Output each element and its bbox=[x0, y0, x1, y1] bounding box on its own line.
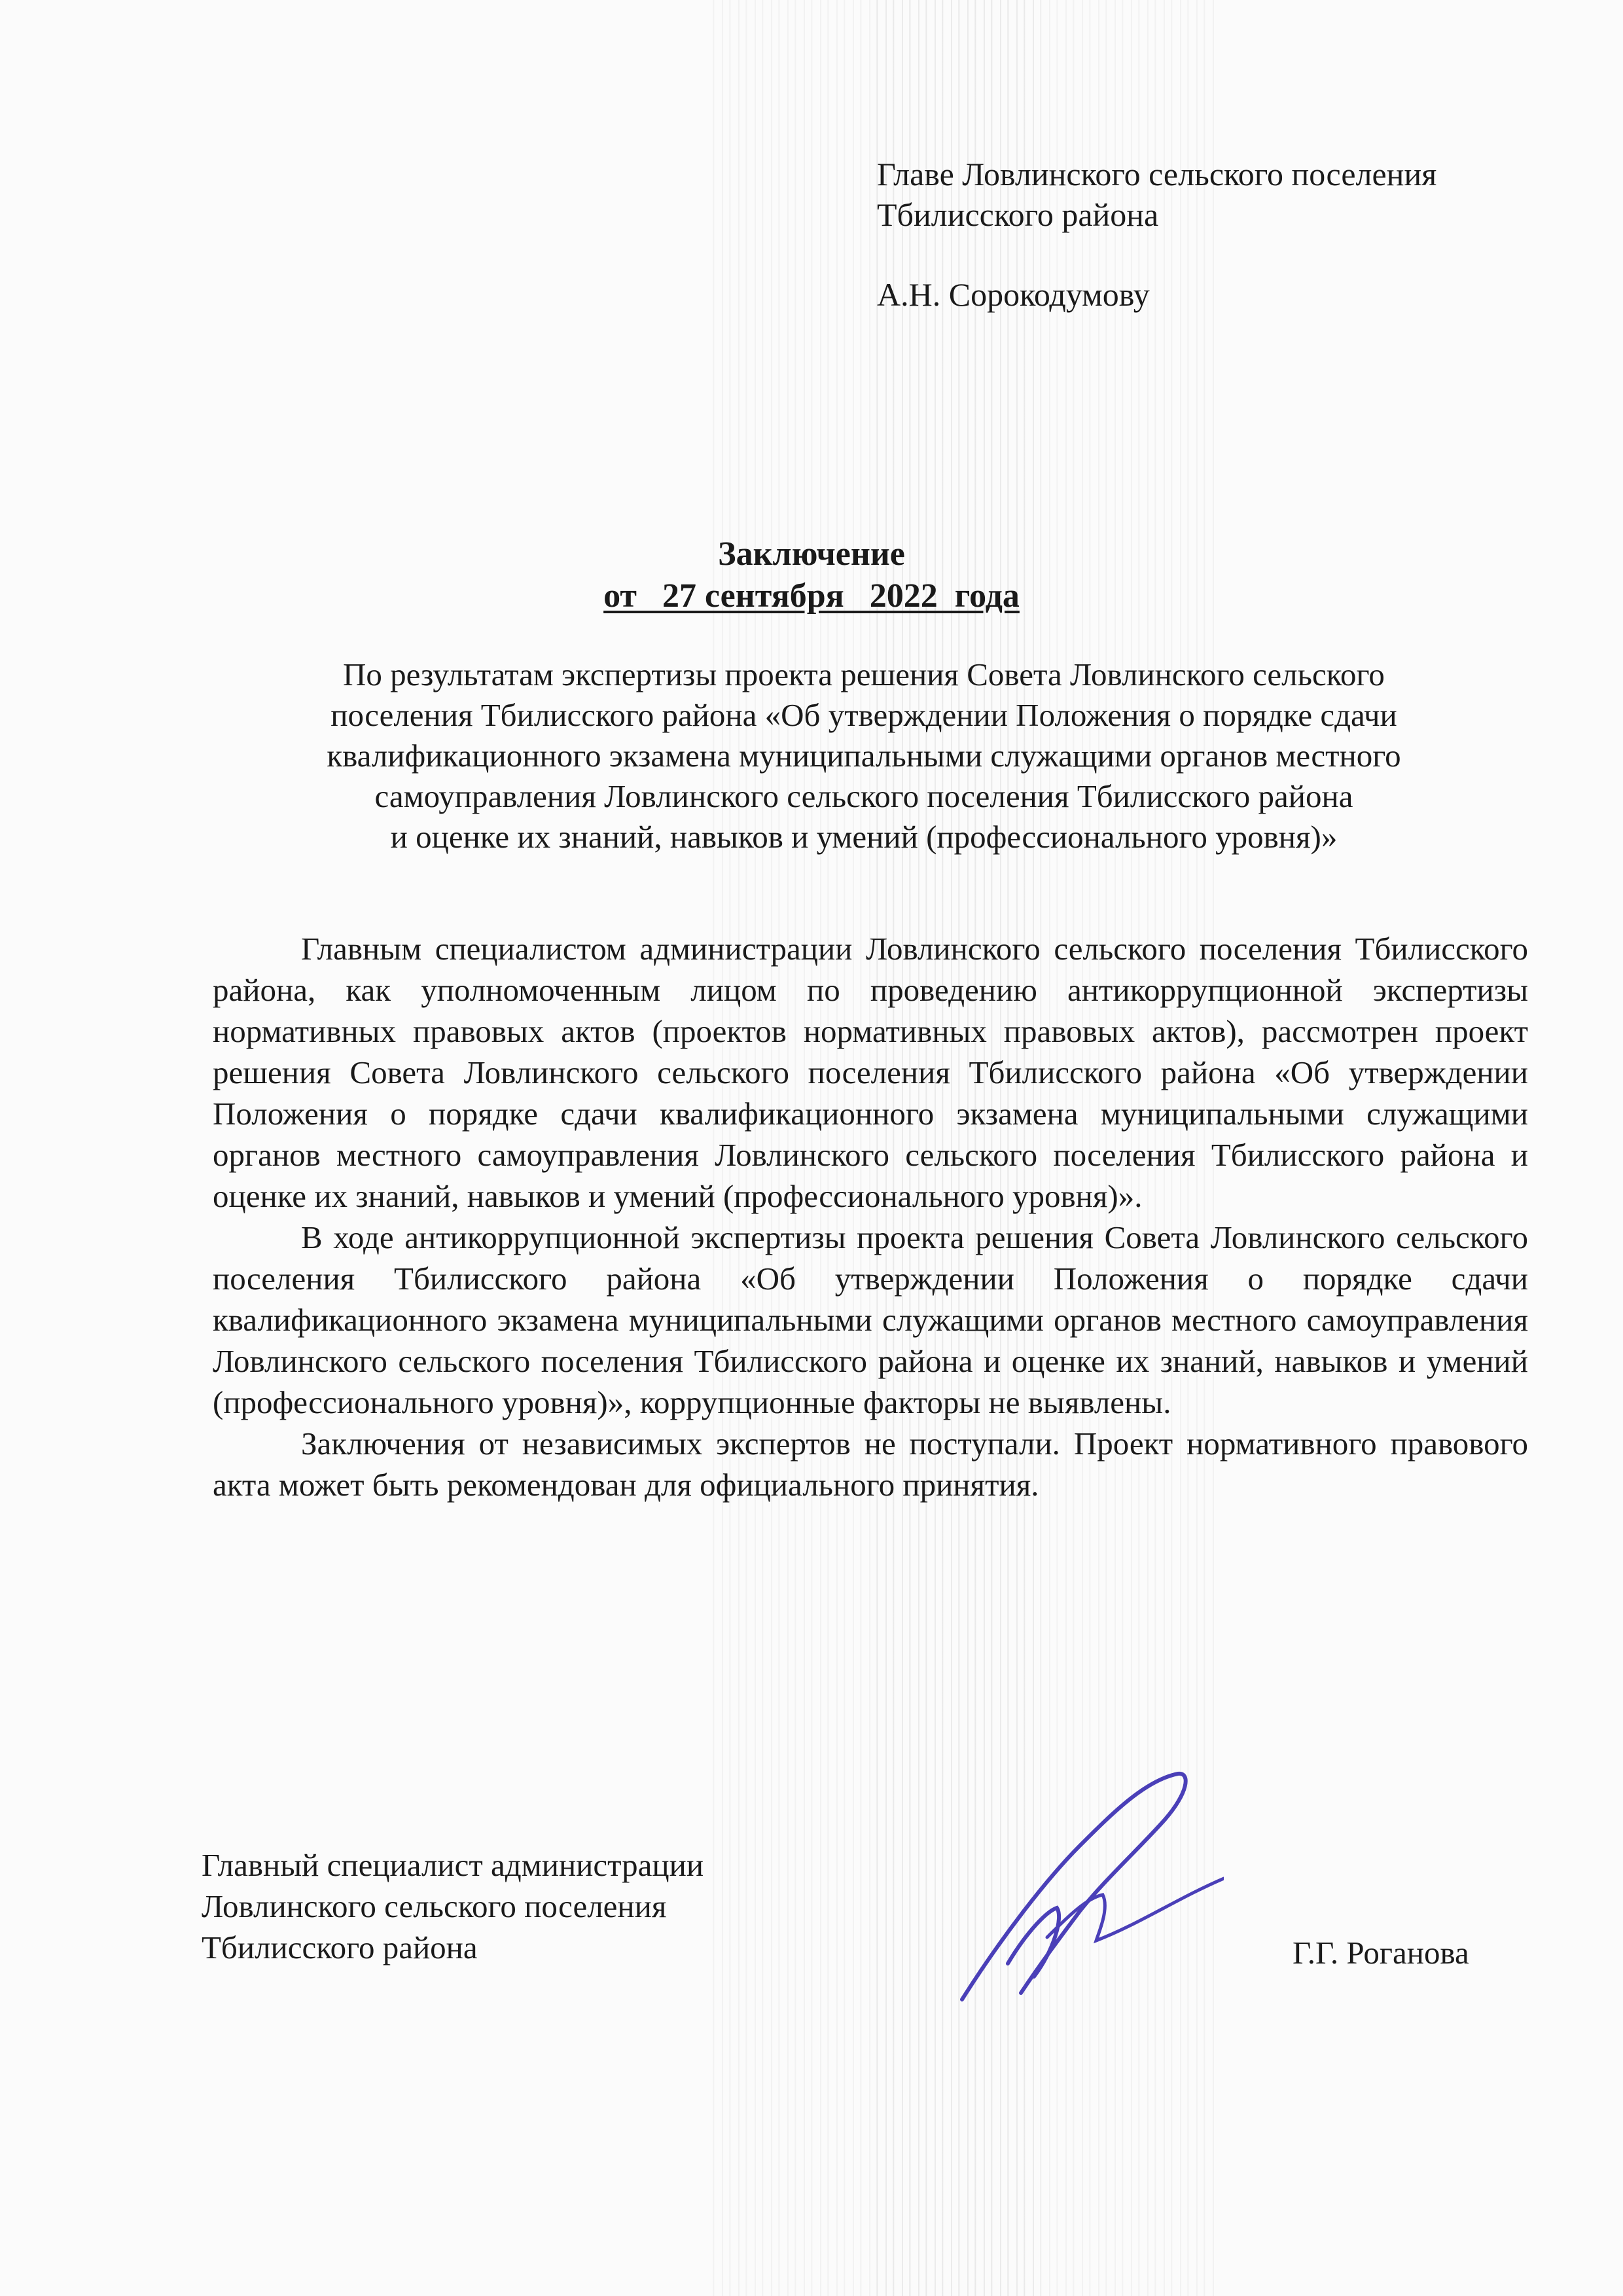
addressee-line: Главе Ловлинского сельского поселения bbox=[877, 154, 1436, 194]
subject-line: По результатам экспертизы проекта решени… bbox=[216, 655, 1512, 695]
subject-line: и оценке их знаний, навыков и умений (пр… bbox=[216, 817, 1512, 857]
subject-line: самоуправления Ловлинского сельского пос… bbox=[216, 776, 1512, 817]
paragraph: В ходе антикоррупционной экспертизы прое… bbox=[213, 1217, 1528, 1423]
body-text: Главным специалистом администрации Ловли… bbox=[213, 928, 1528, 1505]
addressee-block: Главе Ловлинского сельского поселения Тб… bbox=[877, 154, 1436, 315]
signature-icon bbox=[949, 1767, 1224, 2003]
signer-block: Главный специалист администрации Ловлинс… bbox=[202, 1844, 704, 1968]
subject-block: По результатам экспертизы проекта решени… bbox=[216, 655, 1512, 857]
paragraph: Главным специалистом администрации Ловли… bbox=[213, 928, 1528, 1217]
signer-name: Г.Г. Роганова bbox=[1293, 1932, 1469, 1973]
signer-title-line: Главный специалист администрации bbox=[202, 1844, 704, 1886]
subject-line: квалификационного экзамена муниципальным… bbox=[216, 736, 1512, 776]
signer-title-line: Тбилисского района bbox=[202, 1927, 704, 1968]
title-date: от 27 сентября 2022 года bbox=[603, 577, 1020, 615]
subject-line: поселения Тбилисского района «Об утвержд… bbox=[216, 695, 1512, 736]
document-title: Заключение от 27 сентября 2022 года bbox=[0, 533, 1623, 617]
title-heading: Заключение bbox=[0, 533, 1623, 575]
addressee-name: А.Н. Сорокодумову bbox=[877, 274, 1436, 315]
paragraph: Заключения от независимых экспертов не п… bbox=[213, 1423, 1528, 1505]
signer-title-line: Ловлинского сельского поселения bbox=[202, 1886, 704, 1927]
addressee-line: Тбилисского района bbox=[877, 194, 1436, 235]
